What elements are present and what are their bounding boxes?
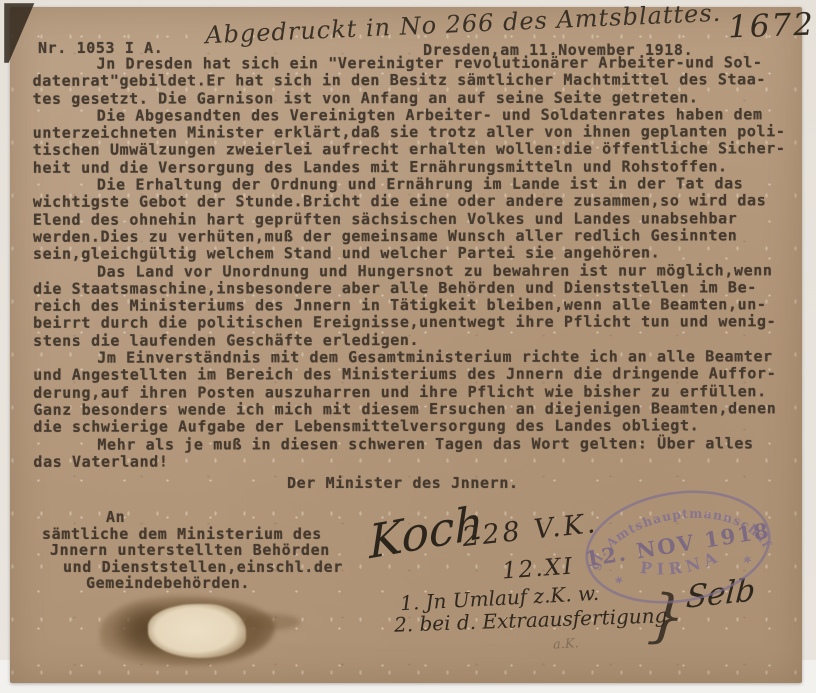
- body-line: beirrt durch die politischen Ereignisse,…: [33, 314, 803, 333]
- pencil-note: a.K.: [553, 636, 579, 652]
- closing-line: Der Minister des Jnnern.: [287, 474, 519, 492]
- address-line: und Dienststellen,einschl.der: [30, 559, 343, 576]
- stamp-star-right: *: [742, 553, 754, 572]
- address-line: sämtliche dem Ministerium des: [30, 526, 343, 543]
- handwritten-date-note: 12.XI: [501, 554, 575, 585]
- address-line: An: [30, 509, 343, 526]
- body-text: Jn Dresden hat sich ein "Vereinigter rev…: [33, 54, 804, 471]
- page-number: 1672: [727, 6, 815, 45]
- body-line: das Vaterland!: [33, 452, 803, 471]
- stamp-star-left: *: [613, 573, 625, 592]
- body-line: Mehr als je muß in diesen schweren Tagen…: [33, 435, 803, 454]
- address-line: Gemeindebehörden.: [30, 575, 343, 592]
- address-line: Jnnern unterstellten Behörden: [30, 542, 343, 559]
- address-block: An sämtliche dem Ministerium des Jnnern …: [30, 509, 343, 592]
